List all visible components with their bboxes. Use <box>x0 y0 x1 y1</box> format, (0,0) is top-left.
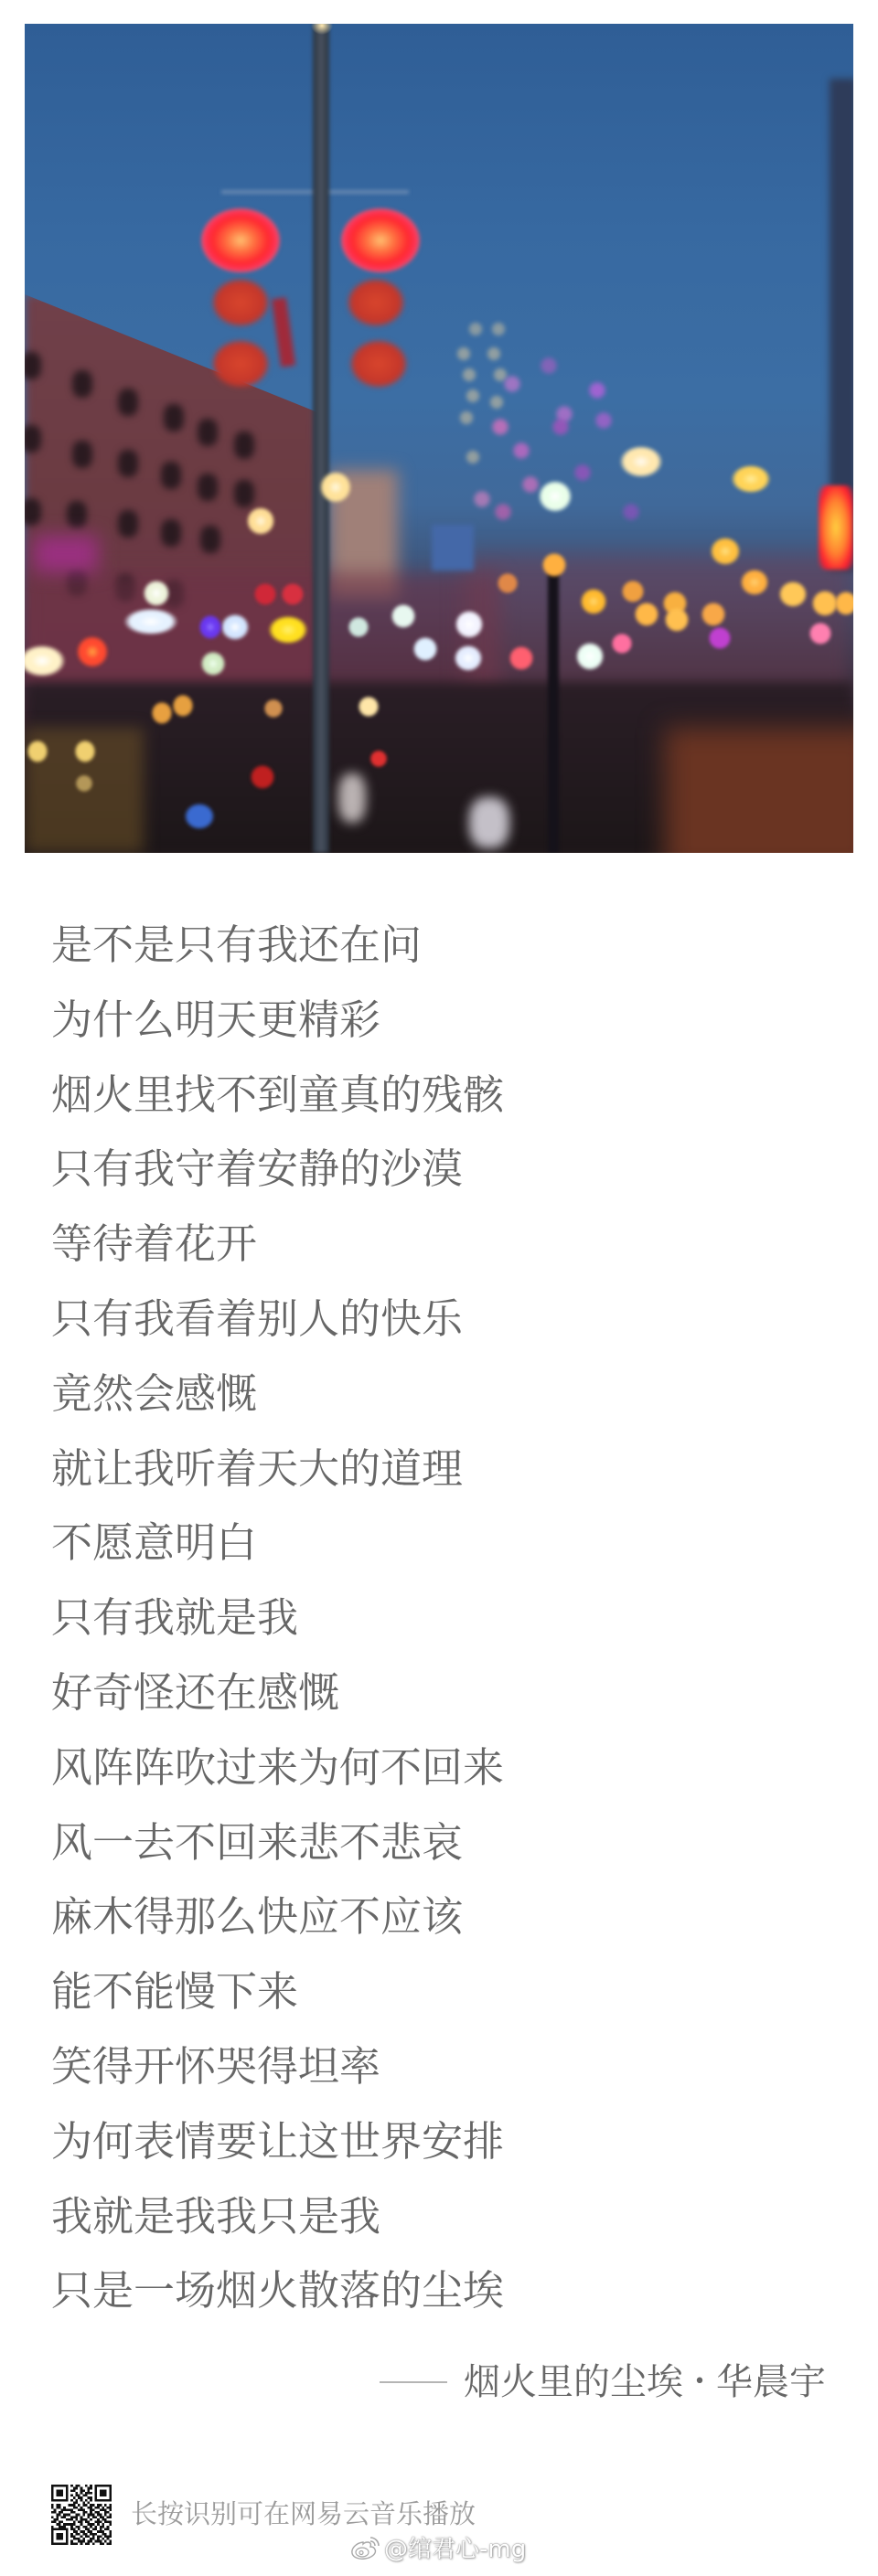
photo-bokeh-light <box>281 582 305 606</box>
photo-bokeh-light <box>253 582 277 606</box>
cover-photo <box>25 24 853 853</box>
photo-pedestrian <box>338 773 366 823</box>
watermark-handle: @绾君心-mg <box>384 2537 526 2562</box>
photo-bokeh-light <box>701 601 726 627</box>
song-title: 烟火里的尘埃 <box>464 2359 683 2405</box>
photo-bokeh-light <box>611 633 633 655</box>
photo-tree-light <box>539 356 559 376</box>
attribution-dash: —— <box>380 2359 447 2405</box>
photo-bokeh-light <box>358 696 380 718</box>
photo-tree-light <box>472 489 492 509</box>
lyric-line: 只有我就是我 <box>51 1581 838 1655</box>
photo-tree-light <box>465 449 481 465</box>
lyric-line: 只是一场烟火散落的尘埃 <box>51 2253 838 2328</box>
photo-bokeh-light <box>220 613 250 641</box>
photo-tree-light <box>594 410 614 431</box>
photo-window <box>67 501 87 528</box>
lyric-line: 麻木得那么快应不应该 <box>51 1879 838 1954</box>
lyric-line: 风阵阵吹过来为何不回来 <box>51 1730 838 1805</box>
photo-window <box>25 425 41 452</box>
photo-bokeh-light <box>740 569 769 596</box>
photo-bokeh-light <box>541 552 567 578</box>
photo-window <box>164 404 184 431</box>
photo-pedestrian <box>469 797 509 848</box>
photo-tree-light <box>458 410 475 426</box>
photo-window <box>198 474 218 501</box>
song-attribution: —— 烟火里的尘埃 • 华晨宇 <box>380 2359 826 2405</box>
photo-bokeh-light <box>200 651 226 676</box>
photo-bokeh-light <box>621 580 645 603</box>
photo-tree-light <box>488 394 505 410</box>
photo-lantern <box>212 279 269 326</box>
photo-window <box>161 462 181 489</box>
photo-window <box>198 419 218 446</box>
photo-lantern-lit <box>341 208 420 272</box>
lyric-line: 风一去不回来悲不悲哀 <box>51 1805 838 1880</box>
lyric-line: 笑得开怀哭得坦率 <box>51 2029 838 2104</box>
photo-tree-light <box>490 417 510 437</box>
photo-bokeh-light <box>454 644 483 672</box>
photo-bokeh-light <box>580 588 607 615</box>
photo-tree-light <box>551 417 571 437</box>
photo-bokeh-light <box>808 622 832 645</box>
photo-bokeh-light <box>391 603 416 629</box>
photo-tree-light <box>467 321 484 337</box>
photo-bokeh-light <box>198 614 222 640</box>
photo-bokeh-light <box>263 698 284 719</box>
photo-lantern <box>212 340 269 388</box>
lyric-line: 就让我听着天大的道理 <box>51 1432 838 1506</box>
photo-window <box>25 352 41 379</box>
attribution-separator: • <box>683 2359 716 2405</box>
photo-window <box>161 519 181 547</box>
photo-bokeh-light <box>710 537 741 566</box>
photo-tree-light <box>465 388 481 404</box>
photo-bokeh-light <box>184 803 215 830</box>
lyric-line: 只有我守着安静的沙漠 <box>51 1132 838 1207</box>
lyric-line: 为何表情要让这世界安排 <box>51 2104 838 2179</box>
photo-bokeh-light <box>123 608 178 635</box>
photo-shop-glow-right <box>464 554 853 700</box>
photo-window <box>118 450 138 477</box>
lyric-line: 为什么明天更精彩 <box>51 983 838 1058</box>
artist-name: 华晨宇 <box>716 2359 826 2405</box>
photo-bokeh-light <box>172 694 194 718</box>
lyric-line: 是不是只有我还在问 <box>51 908 838 983</box>
photo-neon-sign <box>819 485 853 569</box>
photo-window <box>25 498 41 526</box>
photo-tree-light <box>455 346 472 362</box>
photo-bokeh-light <box>74 740 96 763</box>
photo-tree-light <box>490 321 507 337</box>
photo-sidewalk <box>665 728 853 853</box>
lyric-line: 只有我看着别人的快乐 <box>51 1282 838 1357</box>
photo-window <box>72 441 92 468</box>
lyric-line: 我就是我我只是我 <box>51 2179 838 2254</box>
photo-window <box>234 480 254 507</box>
photo-bokeh-light <box>731 464 771 494</box>
photo-bokeh-light <box>778 580 808 608</box>
photo-tree-light <box>511 441 531 461</box>
lyric-line: 烟火里找不到童真的残骸 <box>51 1058 838 1133</box>
photo-bokeh-light <box>250 764 275 790</box>
qr-hint-text: 长按识别可在网易云音乐播放 <box>131 2500 476 2528</box>
photo-tree-light <box>587 380 607 400</box>
photo-post <box>548 572 559 853</box>
photo-lantern <box>350 340 407 388</box>
photo-window <box>118 510 138 538</box>
photo-magenta-glow <box>34 536 98 572</box>
photo-bokeh-light <box>708 626 732 650</box>
photo-bokeh-light <box>348 616 369 638</box>
photo-tree-light <box>486 346 502 362</box>
photo-bokeh-light <box>455 610 484 639</box>
photo-bokeh-light <box>538 480 573 513</box>
photo-bokeh-light <box>834 591 853 616</box>
lyric-line: 不愿意明白 <box>51 1506 838 1581</box>
photo-lantern-lit <box>201 208 280 272</box>
photo-crosswalk-sign <box>432 525 474 570</box>
photo-tree-light <box>502 374 522 394</box>
photo-bokeh-light <box>319 471 352 504</box>
photo-bokeh-light <box>76 635 109 668</box>
lyrics: 是不是只有我还在问 为什么明天更精彩 烟火里找不到童真的残骸 只有我守着安静的沙… <box>51 908 838 2328</box>
photo-bokeh-light <box>664 607 690 633</box>
photo-bokeh-light <box>25 644 66 677</box>
photo-window <box>72 370 92 398</box>
lyric-line: 能不能慢下来 <box>51 1954 838 2029</box>
photo-bokeh-light <box>151 701 173 725</box>
photo-window <box>234 431 254 459</box>
photo-lantern <box>348 279 404 326</box>
photo-window <box>200 526 220 553</box>
photo-bokeh-light <box>268 615 308 644</box>
photo-window <box>118 389 138 416</box>
photo-red-banner <box>272 297 295 367</box>
photo-bokeh-light <box>509 645 534 671</box>
photo-bokeh-light <box>246 506 275 536</box>
photo-bokeh-light <box>412 636 438 662</box>
photo-bokeh-light <box>575 642 605 671</box>
photo-tree-light <box>621 502 641 522</box>
photo-tree-light <box>493 502 513 522</box>
photo-lamp-pole <box>313 24 329 853</box>
photo-tree-light <box>573 463 593 483</box>
weibo-icon <box>350 2535 381 2560</box>
qr-code-icon[interactable] <box>51 2485 112 2545</box>
photo-bokeh-light <box>75 774 93 793</box>
lyric-line: 竟然会感慨 <box>51 1357 838 1432</box>
photo-bokeh-light <box>369 750 388 768</box>
photo-tree-light <box>461 367 477 383</box>
lyric-line: 好奇怪还在感慨 <box>51 1655 838 1730</box>
photo-bokeh-light <box>634 601 659 627</box>
photo-bokeh-light <box>497 572 519 594</box>
photo-bokeh-light <box>619 445 663 478</box>
photo-bokeh-light <box>143 580 170 607</box>
photo-bokeh-light <box>27 740 48 763</box>
lyric-line: 等待着花开 <box>51 1207 838 1282</box>
